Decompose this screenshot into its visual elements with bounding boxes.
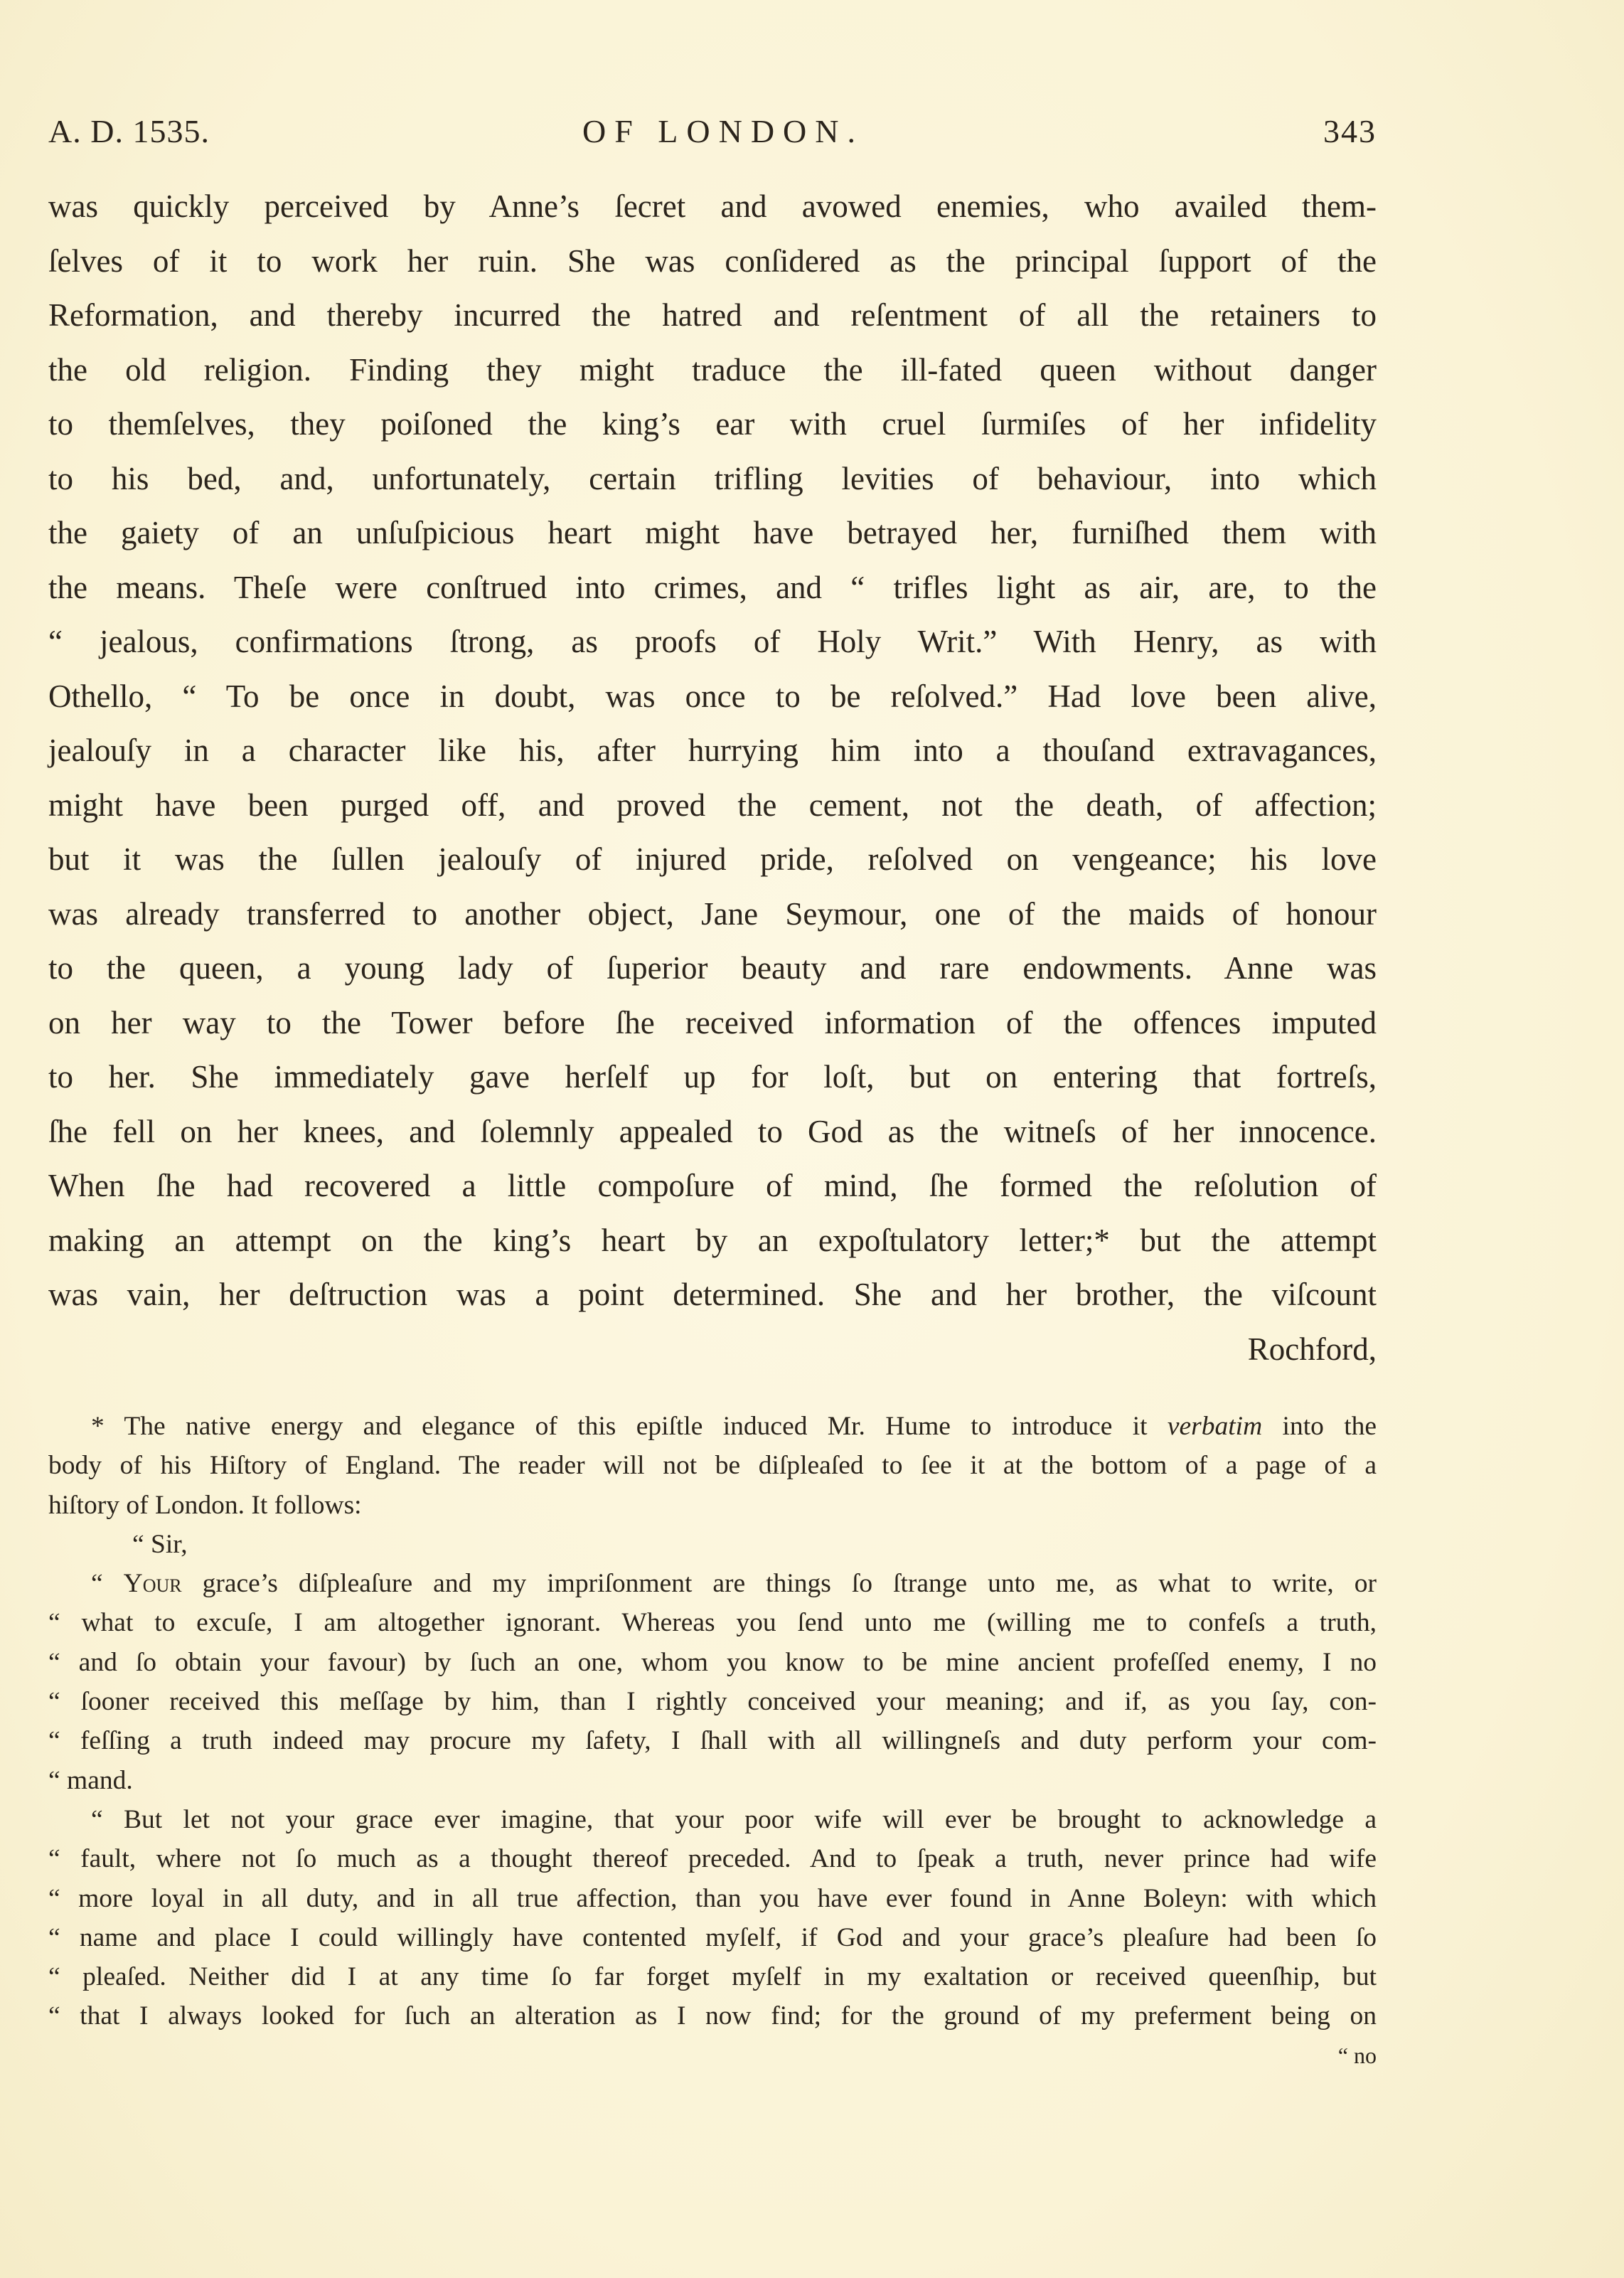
letter-line: “ mand. (48, 1761, 1377, 1800)
body-line: ſelves of it to work her ruin. She was c… (48, 234, 1377, 289)
letter-line: “ ſooner received this meſſage by him, t… (48, 1682, 1377, 1721)
body-line: but it was the ſullen jealouſy of injure… (48, 832, 1377, 887)
body-line: to themſelves, they poiſoned the king’s … (48, 397, 1377, 452)
letter-line: “ feſſing a truth indeed may procure my … (48, 1721, 1377, 1760)
catchword: Rochford, (48, 1322, 1377, 1377)
main-text: was quickly perceived by Anne’s ſecret a… (48, 179, 1377, 1376)
running-head-title: OF LONDON. (48, 107, 1377, 156)
footnote-italic-text: verbatim (1168, 1412, 1262, 1441)
footnote-text: * The native energy and elegance of this… (91, 1412, 1168, 1441)
letter-line: “ more loyal in all duty, and in all tru… (48, 1879, 1377, 1918)
body-line: Reformation, and thereby incurred the ha… (48, 288, 1377, 343)
body-line: was quickly perceived by Anne’s ſecret a… (48, 179, 1377, 234)
body-line: was already transferred to another objec… (48, 887, 1377, 942)
footnote-catchword: “ no (48, 2036, 1377, 2075)
body-line: ſhe fell on her knees, and ſolemnly appe… (48, 1105, 1377, 1159)
letter-opening-word: Your (124, 1569, 182, 1598)
footnote: * The native energy and elegance of this… (48, 1407, 1377, 2075)
letter-salutation: “ Sir, (48, 1525, 1377, 1564)
letter-line: “ fault, where not ſo much as a thought … (48, 1839, 1377, 1878)
body-line: might have been purged off, and proved t… (48, 778, 1377, 833)
body-line: the means. Theſe were conſtrued into cri… (48, 560, 1377, 615)
footnote-line: body of his Hiſtory of England. The read… (48, 1446, 1377, 1485)
footnote-line: * The native energy and elegance of this… (48, 1407, 1377, 1446)
page-number: 343 (1323, 107, 1377, 156)
letter-line: “ name and place I could willingly have … (48, 1918, 1377, 1957)
letter-line: “ pleaſed. Neither did I at any time ſo … (48, 1957, 1377, 1996)
footnote-line: hiſtory of London. It follows: (48, 1486, 1377, 1525)
body-line: jealouſy in a character like his, after … (48, 723, 1377, 778)
letter-line: “ that I always looked for ſuch an alter… (48, 1996, 1377, 2035)
body-line: “ jealous, confirmations ſtrong, as proo… (48, 614, 1377, 669)
body-line: the old religion. Finding they might tra… (48, 343, 1377, 398)
letter-text: grace’s diſpleaſure and my impriſonment … (182, 1569, 1377, 1598)
letter-line: “ But let not your grace ever imagine, t… (48, 1800, 1377, 1839)
letter-line: “ and ſo obtain your favour) by ſuch an … (48, 1643, 1377, 1682)
footnote-text: into the (1262, 1412, 1377, 1441)
running-head: A. D. 1535. OF LONDON. 343 (48, 107, 1377, 156)
body-line: to the queen, a young lady of ſuperior b… (48, 941, 1377, 996)
quote-mark: “ (91, 1569, 124, 1598)
letter-line: “ Your grace’s diſpleaſure and my impriſ… (48, 1564, 1377, 1603)
letter-line: “ what to excuſe, I am altogether ignora… (48, 1603, 1377, 1642)
body-line: on her way to the Tower before ſhe recei… (48, 996, 1377, 1050)
body-line: the gaiety of an unſuſpicious heart migh… (48, 506, 1377, 560)
body-line: to his bed, and, unfortunately, certain … (48, 452, 1377, 506)
body-line: Othello, “ To be once in doubt, was once… (48, 669, 1377, 724)
body-line: was vain, her deſtruction was a point de… (48, 1267, 1377, 1322)
body-line: making an attempt on the king’s heart by… (48, 1213, 1377, 1268)
body-line: to her. She immediately gave herſelf up … (48, 1050, 1377, 1105)
body-line: When ſhe had recovered a little compoſur… (48, 1159, 1377, 1213)
